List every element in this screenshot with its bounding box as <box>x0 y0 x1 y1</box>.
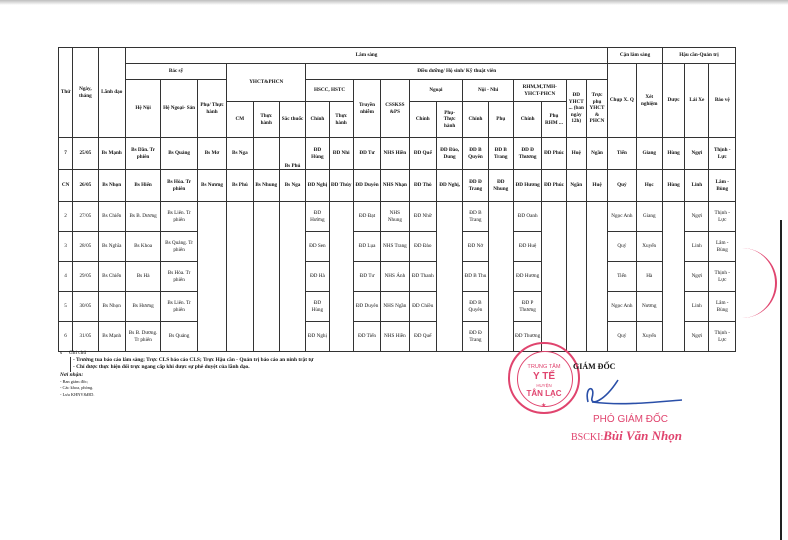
cell-truyen-nhiem: ĐD Lụa <box>353 232 380 262</box>
cell-truyen-nhiem: ĐD Tư <box>353 138 380 170</box>
col-csskss: CSSKSS &PS <box>381 80 409 138</box>
group-hscc: HSCC, HSTC <box>306 80 354 102</box>
cell-hscc-chinh: ĐD Sen <box>306 232 329 262</box>
signer-prefix: BSCKI: <box>571 432 603 443</box>
cell-truyen-nhiem: ĐD Đạt <box>353 202 380 232</box>
cell-truyen-nhiem: ĐD Tư <box>353 262 380 292</box>
cell-lanh-dao: Bs Chiến <box>98 262 125 292</box>
page-edge <box>780 220 782 540</box>
cell-csskss: NHS Hiền <box>381 322 409 352</box>
cell-rhm-chinh: ĐD Oanh <box>513 202 541 232</box>
cell-duoc: Hùng <box>662 170 684 202</box>
cell-hscc-chinh: ĐD Nghị <box>306 170 329 202</box>
col-thu: Thứ <box>59 48 73 138</box>
cell-xn: Giang <box>636 138 662 170</box>
cell-dd-yhct: Huệ <box>566 138 586 170</box>
cell-xq: Quý <box>608 322 636 352</box>
cell-rhm-chinh: ĐD Hương <box>513 170 541 202</box>
cell-noi-chinh: ĐD Đ Trang <box>463 322 488 352</box>
cell-thu: CN <box>59 170 73 202</box>
cell-rhm-chinh: ĐD Hương <box>513 262 541 292</box>
cell-rhm-phu: ĐD Phúc <box>542 138 566 170</box>
col-ngoai-chinh: Chính <box>409 102 436 138</box>
cell-duoc <box>662 202 684 352</box>
cell-thu: 3 <box>59 232 73 262</box>
stamp-text: Y TẾ <box>510 371 578 382</box>
notes-marker: s <box>60 350 62 356</box>
cell-lai-xe: Ngợi <box>685 138 709 170</box>
col-hscc-chinh: Chính <box>306 102 329 138</box>
cell-csskss: NHS Ngần <box>381 292 409 322</box>
cell-lanh-dao: Bs Nhọn <box>98 292 125 322</box>
cell-ngoai-san: Bs Hòa. Tr phiên <box>161 262 197 292</box>
table-row: 631/05Bs MạnhBs B. Dương. Tr phiênBs Quả… <box>59 322 736 352</box>
col-rhm-chinh: Chính <box>513 102 541 138</box>
col-bao-ve: Bảo vệ <box>709 64 736 138</box>
cell-xn: Giang <box>636 202 662 232</box>
cell-ngoai-phu: ĐD Đào, Dung <box>436 138 462 170</box>
cell-noi-chinh: ĐD B Trang <box>463 202 488 232</box>
partial-stamp <box>735 248 777 318</box>
cell-xq: Ngọc Anh <box>608 202 636 232</box>
cell-hscc-chinh: ĐD Hà <box>306 262 329 292</box>
cell-lanh-dao: Bs Mạnh <box>98 322 125 352</box>
cell-he-noi: Bs Dần. Tr phiên <box>125 138 160 170</box>
cell-hscc-th: ĐD Thủy <box>329 170 353 202</box>
table-row: CN26/05Bs NhọnBs HiểnBs Hòa. Tr phiênBs … <box>59 170 736 202</box>
recipient-item: - Các khoa, phòng. <box>60 385 313 392</box>
cell-noi-chinh: ĐD B Quyên <box>463 292 488 322</box>
cell-duoc: Hùng <box>662 138 684 170</box>
cell-bao-ve: Lâm - Bùng <box>709 170 736 202</box>
cell-thu: 4 <box>59 262 73 292</box>
cell-xn: Xuyến <box>636 322 662 352</box>
table-row: 725/05Bs MạnhBs Dần. Tr phiênBs QuảngBs … <box>59 138 736 170</box>
cell-he-noi: Bs B. Dương <box>125 202 160 232</box>
notes-title: Ghi chú <box>69 350 86 356</box>
cell-lanh-dao: Bs Chiến <box>98 202 125 232</box>
cell-he-noi: Bs Hương <box>125 292 160 322</box>
cell-xn: Học <box>636 170 662 202</box>
cell-ngoai-san: Bs Liên. Tr phiên <box>161 202 197 232</box>
cell-he-noi: Bs Hà <box>125 262 160 292</box>
group-noi-nhi: Nội - Nhi <box>463 80 514 102</box>
cell-ngoai-san: Bs Quảng <box>161 138 197 170</box>
group-lam-sang: Lâm sàng <box>125 48 607 64</box>
duty-schedule-table: Thứ Ngày, tháng Lãnh đạo Lâm sàng Cận lâ… <box>58 47 736 352</box>
col-yhct-thuc-hanh: Thực hành <box>253 102 279 138</box>
cell-ngoai-chinh: ĐD Thò <box>409 170 436 202</box>
col-ngoai-phu: Phụ- Thực hành <box>436 102 462 138</box>
cell-truyen-nhiem: ĐD Duyên <box>353 292 380 322</box>
cell-ngoai-san: Bs Quảng <box>161 322 197 352</box>
cell-thu: 6 <box>59 322 73 352</box>
cell-lanh-dao: Bs Nghĩa <box>98 232 125 262</box>
cell-hscc-th <box>329 202 353 352</box>
cell-noi-chinh: ĐD B Quyên <box>463 138 488 170</box>
cell-hscc-th: ĐD Nhi <box>329 138 353 170</box>
cell-hscc-chinh: ĐD Hùng <box>306 138 329 170</box>
col-lai-xe: Lái Xe <box>685 64 709 138</box>
cell-sac-thuoc <box>279 202 305 352</box>
cell-bao-ve: Thịnh - Lực <box>709 138 736 170</box>
cell-ngay: 27/05 <box>73 202 98 232</box>
cell-yhct-th <box>253 202 279 352</box>
cell-ngoai-chinh: ĐD Nhữ <box>409 202 436 232</box>
table-row: 530/05Bs NhọnBs HươngBs Liên. Tr phiênĐD… <box>59 292 736 322</box>
col-rhm-phu: Phụ RHM ... <box>542 102 566 138</box>
group-bac-sy: Bác sỹ <box>125 64 226 80</box>
cell-xn: Xuyến <box>636 232 662 262</box>
cell-sac-thuoc: Bs Nga <box>279 170 305 202</box>
cell-xn: Nương <box>636 292 662 322</box>
col-he-noi: Hệ Nội <box>125 80 160 138</box>
deputy-director-title: PHÓ GIÁM ĐỐC <box>593 414 668 425</box>
cell-xq: Ngọc Anh <box>608 292 636 322</box>
col-phu-thuc-hanh: Phụ/ Thực hành <box>197 80 226 138</box>
cell-rhm-chinh: ĐD Đ Thương <box>513 138 541 170</box>
cell-cm <box>227 202 253 352</box>
cell-rhm-phu <box>542 202 566 352</box>
cell-ngoai-chinh: ĐD Thanh <box>409 262 436 292</box>
group-hau-can: Hậu cần-Quản trị <box>662 48 735 64</box>
cell-rhm-chinh: ĐD P Thương <box>513 292 541 322</box>
col-truc-phu-yhct: Trực phụ YHCT & PHCN <box>586 80 607 138</box>
cell-ngoai-chinh: ĐD Quế <box>409 138 436 170</box>
cell-he-noi: Bs Hiển <box>125 170 160 202</box>
cell-sac-thuoc: Bs Phú <box>279 138 305 170</box>
table-row: 227/05Bs ChiếnBs B. DươngBs Liên. Tr phi… <box>59 202 736 232</box>
official-stamp: TRUNG TÂM Y TẾ HUYỆN TÂN LẠC ★ <box>508 342 580 414</box>
cell-noi-chinh: ĐD Nở <box>463 232 488 262</box>
cell-csskss: NHS Nhung <box>381 202 409 232</box>
star-icon: ★ <box>541 402 546 409</box>
cell-phu: Bs Nương <box>197 170 226 202</box>
cell-hscc-chinh: ĐD Hường <box>306 202 329 232</box>
col-sac-thuoc: Sắc thuốc <box>279 102 305 138</box>
cell-ngay: 30/05 <box>73 292 98 322</box>
cell-truc-phu: Huệ <box>586 170 607 202</box>
cell-xq: Quý <box>608 232 636 262</box>
cell-truyen-nhiem: ĐD Tiến <box>353 322 380 352</box>
cell-ngay: 26/05 <box>73 170 98 202</box>
cell-thu: 2 <box>59 202 73 232</box>
recipient-item: - Ban giám đốc; <box>60 379 313 386</box>
cell-ngoai-chinh: ĐD Đào <box>409 232 436 262</box>
signer-fullname: Bùi Văn Nhọn <box>603 428 682 443</box>
cell-truc-phu: Ngần <box>586 138 607 170</box>
col-noi-phu: Phụ <box>488 102 513 138</box>
cell-xq: Tiến <box>608 262 636 292</box>
cell-rhm-phu: ĐD Phúc <box>542 170 566 202</box>
cell-lai-xe: Ngợi <box>685 322 709 352</box>
cell-ngay: 29/05 <box>73 262 98 292</box>
cell-noi-chinh: ĐD B Thu <box>463 262 488 292</box>
cell-ngay: 31/05 <box>73 322 98 352</box>
cell-lai-xe: Ngợi <box>685 202 709 232</box>
cell-xq: Tiến <box>608 138 636 170</box>
group-dieu-duong: Điều dưỡng/ Hộ sinh/ Kỹ thuật viên <box>306 64 608 80</box>
recipient-item: - Lưu KHNV&ĐD. <box>60 392 313 399</box>
cell-truc-phu <box>586 202 607 352</box>
col-dd-yhct: ĐD YHCT ... (ban ngày 12h) <box>566 80 586 138</box>
cell-noi-phu: ĐD B Trang <box>488 138 513 170</box>
cell-ngoai-phu <box>436 202 462 352</box>
cell-cm: Bs Nga <box>227 138 253 170</box>
cell-bao-ve: Thịnh - Lực <box>709 322 736 352</box>
col-xet-nghiem: Xét nghiệm <box>636 64 662 138</box>
cell-ngoai-chinh: ĐD Quế <box>409 322 436 352</box>
cell-rhm-chinh: ĐD Huệ <box>513 232 541 262</box>
cell-he-noi: Bs B. Dương. Tr phiên <box>125 322 160 352</box>
col-hscc-thuc-hanh: Thực hành <box>329 102 353 138</box>
cell-xq: Quý <box>608 170 636 202</box>
cell-csskss: NHS Hiền <box>381 138 409 170</box>
table-row: 429/05Bs ChiếnBs HàBs Hòa. Tr phiênĐD Hà… <box>59 262 736 292</box>
cell-he-noi: Bs Khoa <box>125 232 160 262</box>
cell-lai-xe: Linh <box>685 232 709 262</box>
cell-cm: Bs Phú <box>227 170 253 202</box>
note-line-2: - Chỉ được thực hiện đổi trực ngang cấp … <box>70 364 313 371</box>
cell-bao-ve: Thịnh - Lực <box>709 262 736 292</box>
col-noi-chinh: Chính <box>463 102 488 138</box>
cell-ngoai-chinh: ĐD Chiều <box>409 292 436 322</box>
cell-phu <box>197 202 226 352</box>
page-top-shadow <box>0 0 788 5</box>
stamp-text: HUYỆN <box>510 383 578 388</box>
cell-ngoai-san: Bs Quảng. Tr phiên <box>161 232 197 262</box>
cell-csskss: NHS Ánh <box>381 262 409 292</box>
cell-lai-xe: Ngợi <box>685 262 709 292</box>
cell-thu: 5 <box>59 292 73 322</box>
group-ngoai: Ngoại <box>409 80 463 102</box>
cell-noi-phu <box>488 202 513 352</box>
notes-section: s Ghi chú - Trưởng tua báo cáo lâm sàng;… <box>60 350 313 399</box>
cell-thu: 7 <box>59 138 73 170</box>
cell-csskss: NHS Nhạn <box>381 170 409 202</box>
cell-truyen-nhiem: ĐD Duyên <box>353 170 380 202</box>
group-can-lam-sang: Cận lâm sàng <box>608 48 663 64</box>
signer-name: BSCKI:Bùi Văn Nhọn <box>571 428 682 444</box>
stamp-text: TÂN LẠC <box>510 389 578 398</box>
recipients-title: Nơi nhận: <box>60 372 313 379</box>
cell-yhct-th <box>253 138 279 170</box>
cell-ngoai-phu: ĐD Nghị, <box>436 170 462 202</box>
cell-hscc-chinh: ĐD Nghị <box>306 322 329 352</box>
cell-csskss: NHS Trang <box>381 232 409 262</box>
cell-ngoai-san: Bs Liên. Tr phiên <box>161 292 197 322</box>
cell-lanh-dao: Bs Nhọn <box>98 170 125 202</box>
col-duoc: Dược <box>662 64 684 138</box>
cell-bao-ve: Lâm - Bùng <box>709 292 736 322</box>
cell-ngay: 25/05 <box>73 138 98 170</box>
cell-ngay: 28/05 <box>73 232 98 262</box>
col-lanh-dao: Lãnh đạo <box>98 48 125 138</box>
cell-phu: Bs Mơ <box>197 138 226 170</box>
cell-noi-phu: ĐD Nhung <box>488 170 513 202</box>
stamp-text: TRUNG TÂM <box>510 364 578 370</box>
cell-xn: Hà <box>636 262 662 292</box>
group-rhm: RHM,M,TMH- YHCT-PHCN <box>513 80 566 102</box>
cell-lai-xe: Linh <box>685 170 709 202</box>
cell-yhct-th: Bs Nhung <box>253 170 279 202</box>
col-chup-xq: Chụp X. Q <box>608 64 636 138</box>
cell-hscc-chinh: ĐD Hùng <box>306 292 329 322</box>
signature-scribble-icon <box>574 372 684 412</box>
director-title: GIÁM ĐỐC <box>573 362 615 371</box>
group-yhct-phcn: YHCT&PHCN <box>227 64 306 102</box>
cell-dd-yhct: Ngần <box>566 170 586 202</box>
table-row: 328/05Bs NghĩaBs KhoaBs Quảng. Tr phiênĐ… <box>59 232 736 262</box>
cell-lanh-dao: Bs Mạnh <box>98 138 125 170</box>
cell-ngoai-san: Bs Hòa. Tr phiên <box>161 170 197 202</box>
col-he-ngoai-san: Hệ Ngoại- Sản <box>161 80 197 138</box>
cell-lai-xe: Linh <box>685 292 709 322</box>
col-ngay-thang: Ngày, tháng <box>73 48 98 138</box>
cell-noi-chinh: ĐD Đ Trang <box>463 170 488 202</box>
col-truyen-nhiem: Truyền nhiễm <box>353 80 380 138</box>
col-cm: CM <box>227 102 253 138</box>
cell-bao-ve: Lâm - Bùng <box>709 232 736 262</box>
cell-bao-ve: Thịnh - Lực <box>709 202 736 232</box>
cell-dd-yhct <box>566 202 586 352</box>
